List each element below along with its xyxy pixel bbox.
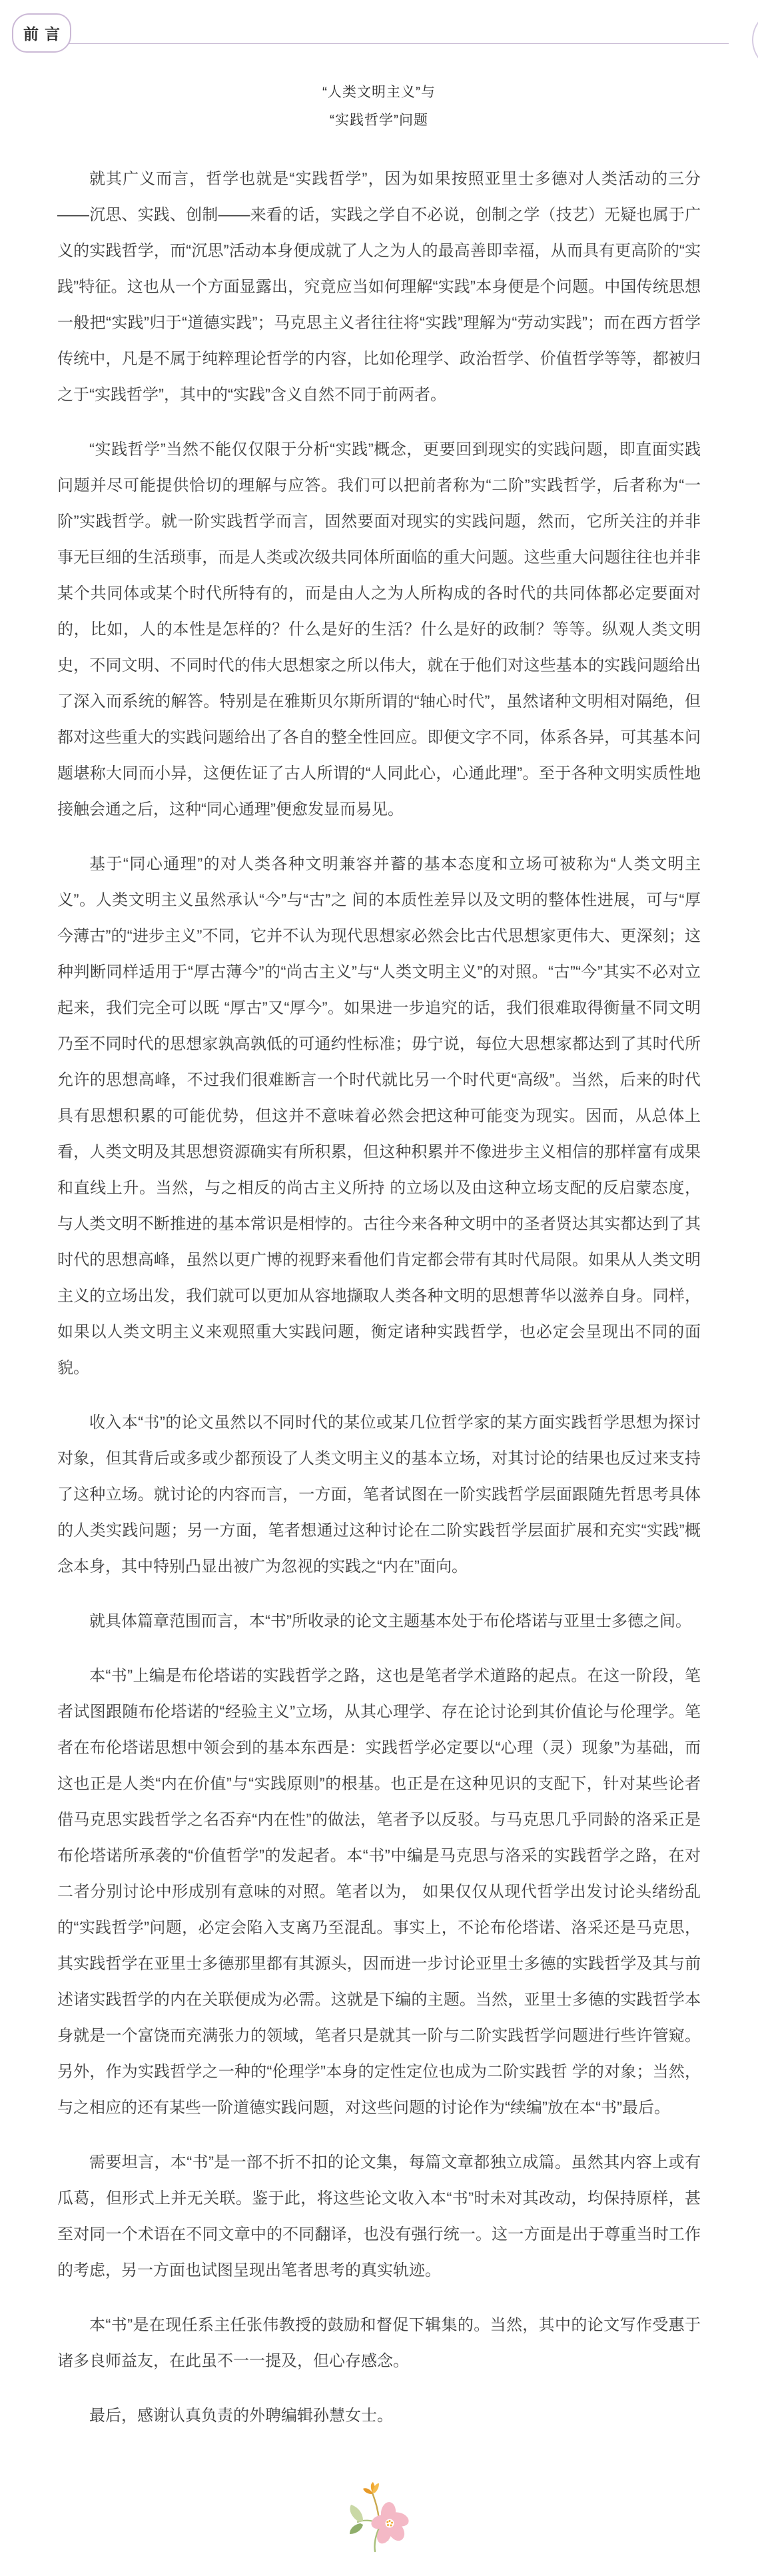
document-title-line-1: “人类文明主义”与 (0, 79, 758, 107)
flower-ornament-icon (344, 2481, 414, 2555)
paragraph: 最后，感谢认真负责的外聘编辑孙慧女士。 (57, 2398, 701, 2434)
paragraph: 收入本“书”的论文虽然以不同时代的某位或某几位哲学家的某方面实践哲学思想为探讨对… (57, 1405, 701, 1585)
preface-page: 前言 “人类文明主义”与 “实践哲学”问题 就其广义而言，哲学也就是“实践哲学”… (0, 0, 758, 2576)
section-badge-label: 前言 (23, 25, 66, 43)
paragraph: “实践哲学”当然不能仅仅限于分析“实践”概念，更要回到现实的实践问题，即直面实践… (57, 432, 701, 828)
header-divider (65, 43, 729, 44)
document-title-line-2: “实践哲学”问题 (0, 107, 758, 135)
paragraph: 基于“同心通理”的对人类各种文明兼容并蓄的基本态度和立场可被称为“人类文明主义”… (57, 846, 701, 1386)
section-badge: 前言 (12, 13, 71, 53)
corner-arc-decoration (735, 12, 758, 72)
paragraph: 需要坦言，本“书”是一部不折不扣的论文集，每篇文章都独立成篇。虽然其内容上或有瓜… (57, 2145, 701, 2289)
document-title: “人类文明主义”与 “实践哲学”问题 (0, 79, 758, 135)
paragraph: 就其广义而言，哲学也就是“实践哲学”，因为如果按照亚里士多德对人类活动的三分——… (57, 161, 701, 413)
paragraph: 本“书”是在现任系主任张伟教授的鼓励和督促下辑集的。当然，其中的论文写作受惠于诸… (57, 2307, 701, 2379)
paragraph: 就具体篇章范围而言，本“书”所收录的论文主题基本处于布伦塔诺与亚里士多德之间。 (57, 1604, 701, 1640)
page-header: 前言 (0, 0, 758, 73)
paragraph: 本“书”上编是布伦塔诺的实践哲学之路，这也是笔者学术道路的起点。在这一阶段，笔者… (57, 1658, 701, 2126)
document-body: 就其广义而言，哲学也就是“实践哲学”，因为如果按照亚里士多德对人类活动的三分——… (0, 135, 758, 2434)
page-footer (0, 2481, 758, 2576)
